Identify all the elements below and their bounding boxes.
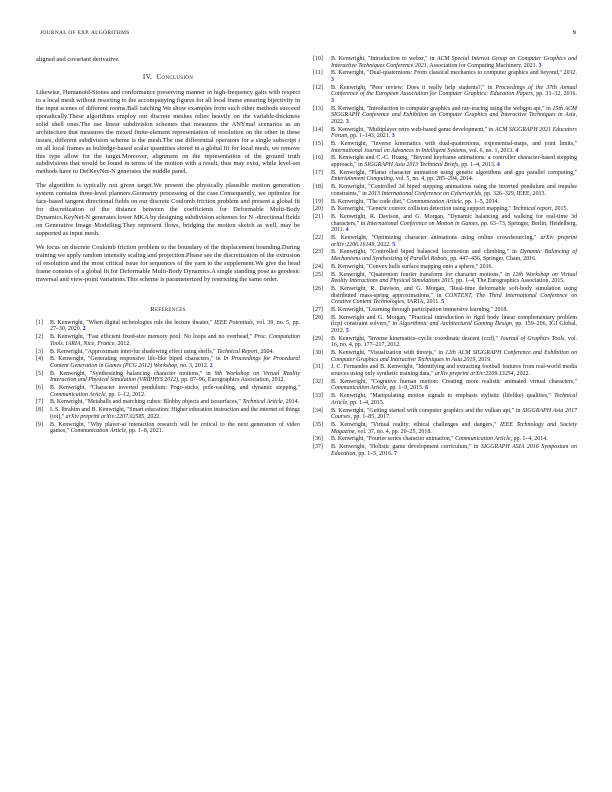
reference-details: , pp. 1–12, 2012.	[105, 392, 145, 398]
reference-venue: SIGGRAPH Asia 2013 Technical Briefs	[364, 162, 458, 168]
page-number: 9	[573, 30, 576, 36]
reference-item: [6]B. Kenwright, "Character inverted pen…	[36, 385, 300, 398]
reference-authors-title: B. Kenwright, "Metaballs and marching cu…	[50, 399, 242, 405]
reference-authors-title: B. Kenwright, "Optimizing character anim…	[331, 235, 540, 241]
reference-number: [6]	[36, 385, 43, 392]
reference-item: [18]B. Kenwright, "Controlled 3d biped s…	[313, 184, 577, 197]
reference-item: [12]B. Kenwright, "Peer review: Does it …	[313, 85, 577, 105]
reference-backlink[interactable]: 3	[346, 119, 349, 125]
reference-item: [35]B. Kenwright, "Virtual reality: ethi…	[313, 422, 577, 435]
reference-details: , vol. 37, no. 4, pp. 20–25, 2018.	[354, 429, 431, 435]
references-heading: References	[36, 306, 300, 314]
reference-venue: Algorithmic and Architectural Gaming Des…	[399, 321, 512, 327]
reference-details: , pp. 31–32, 2016.	[533, 91, 577, 97]
reference-number: [2]	[36, 334, 43, 341]
reference-authors-title: B. Kenwright, "Fourier series character …	[331, 436, 455, 442]
reference-backlink[interactable]: 7	[394, 451, 397, 457]
reference-item: [1]B. Kenwright, "When digital technolog…	[36, 320, 300, 333]
reference-number: [4]	[36, 356, 43, 363]
reference-venue: 2013 International Conference on Cyberwo…	[368, 191, 481, 197]
reference-item: [16]B. Kenwright and C.-C. Huang, "Beyon…	[313, 155, 577, 168]
reference-number: [36]	[313, 436, 323, 443]
reference-authors-title: B. Kenwright, "Approximate inter-fur sha…	[50, 349, 217, 355]
reference-venue: Communication Article	[455, 436, 510, 442]
reference-item: [24]B. Kenwright, "Convex hulls surface …	[313, 264, 577, 271]
reference-authors-title: B. Kenwright, "When digital technologies…	[50, 320, 214, 326]
reference-details: , 2004.	[258, 349, 274, 355]
reference-details: , vol. 5, no. 4, pp. 285–294, 2014.	[393, 176, 473, 182]
reference-item: [13]B. Kenwright, "Introduction to compu…	[313, 106, 577, 126]
reference-authors-title: B. Kenwright, "Inverse kinematics–cyclic…	[331, 336, 500, 342]
reference-details: , pp. 326–329, IEEE, 2013.	[481, 191, 546, 197]
reference-number: [26]	[313, 286, 323, 293]
reference-number: [15]	[313, 141, 323, 148]
reference-list-left: [1]B. Kenwright, "When digital technolog…	[36, 320, 300, 435]
reference-number: [32]	[313, 379, 323, 386]
reference-number: [28]	[313, 315, 323, 322]
reference-number: [11]	[313, 70, 323, 77]
reference-details: , pp. 447–456, Springer, Cham, 2016.	[447, 256, 536, 262]
lead-in-text: aligned and covariant derivative.	[36, 56, 300, 64]
section-title: Conclusion	[156, 73, 193, 81]
reference-item: [9]B. Kenwright, "Why player-ai interact…	[36, 422, 300, 435]
reference-number: [5]	[36, 371, 43, 378]
reference-item: [2]B. Kenwright, "Fast efficient fixed-s…	[36, 334, 300, 347]
reference-number: [7]	[36, 399, 43, 406]
reference-item: [36]B. Kenwright, "Fourier series charac…	[313, 436, 577, 443]
reference-number: [18]	[313, 184, 323, 191]
reference-number: [27]	[313, 307, 323, 314]
reference-item: [10]B. Kenwright, "Introduction to webxr…	[313, 56, 577, 69]
reference-authors-title: B. Kenwright, "The code diet,"	[331, 199, 406, 205]
reference-authors-title: B. Kenwright, "Fast efficient fixed-size…	[50, 334, 254, 340]
right-column: [10]B. Kenwright, "Introduction to webxr…	[313, 56, 577, 459]
reference-item: [33]B. Kenwright, "Manipulating motion s…	[313, 393, 577, 406]
reference-details: , pp. 1–4, 2015.	[347, 400, 384, 406]
reference-authors-title: B. Kenwright, "Character inverted pendul…	[50, 385, 300, 391]
reference-number: [23]	[313, 249, 323, 256]
reference-backlink[interactable]: 5	[441, 299, 444, 305]
reference-backlink[interactable]: 4	[497, 162, 500, 168]
reference-list-right: [10]B. Kenwright, "Introduction to webxr…	[313, 56, 577, 457]
reference-number: [22]	[313, 235, 323, 242]
reference-backlink[interactable]: 4	[346, 227, 349, 233]
reference-authors-title: B. Kenwright, "Learning through particip…	[331, 307, 508, 313]
reference-number: [20]	[313, 206, 323, 213]
reference-number: [14]	[313, 127, 323, 134]
reference-venue: Communication Article	[331, 385, 386, 391]
reference-details: , pp. 1–4, 2014.	[511, 436, 548, 442]
reference-item: [19]B. Kenwright, "The code diet," Commu…	[313, 199, 577, 206]
reference-authors-title: B. Kenwright, "Quaternion fourier transf…	[331, 272, 512, 278]
reference-number: [24]	[313, 264, 323, 271]
reference-item: [22]B. Kenwright, "Optimizing character …	[313, 235, 577, 248]
reference-item: [20]B. Kenwright, "Generic convex collis…	[313, 206, 577, 213]
reference-item: [31]J. C. Fernandes and B. Kenwright, "I…	[313, 364, 577, 377]
reference-number: [31]	[313, 364, 323, 371]
reference-authors-title: B. Kenwright, "Manipulating motion signa…	[331, 393, 554, 399]
reference-backlink[interactable]: 2	[210, 363, 213, 369]
reference-authors-title: B. Kenwright, "Controlled biped balanced…	[331, 249, 520, 255]
reference-details: , pp. 1–5, 2014.	[462, 199, 499, 205]
journal-title: JOURNAL OF EXP. ALGORITHMS	[40, 30, 130, 36]
reference-number: [13]	[313, 106, 323, 113]
reference-item: [5]B. Kenwright, "Synthesizing balancing…	[36, 371, 300, 384]
reference-item: [32]B. Kenwright, "Cognitive human motio…	[313, 379, 577, 392]
reference-item: [8]I. S. Ibrahim and B. Kenwright, "Smar…	[36, 407, 300, 420]
reference-details: , pp. 1–85, 2017.	[350, 414, 390, 420]
reference-item: [23]B. Kenwright, "Controlled biped bala…	[313, 249, 577, 262]
reference-item: [4]B. Kenwright, "Generating responsive …	[36, 356, 300, 369]
reference-authors-title: B. Kenwright, "Generic convex collision …	[331, 206, 513, 212]
reference-number: [1]	[36, 320, 43, 327]
reference-details: , vol. 6, no. 1, 2013.	[466, 148, 514, 154]
reference-backlink[interactable]: 5	[346, 328, 349, 334]
reference-authors-title: B. Kenwright, "Introduction to computer …	[331, 106, 552, 112]
reference-details: , pp. 1–4, The Eurographics Association,…	[453, 278, 565, 284]
reference-authors-title: B. Kenwright, "Peer review: Does it real…	[331, 85, 495, 91]
reference-number: [29]	[313, 336, 323, 343]
reference-number: [30]	[313, 350, 323, 357]
reference-number: [3]	[36, 349, 43, 356]
reference-backlink[interactable]: 4	[515, 148, 518, 154]
reference-venue: Technical Article	[242, 399, 282, 405]
reference-backlink[interactable]: 2	[83, 326, 86, 332]
reference-venue: International Conference on Motion in Ga…	[367, 221, 478, 227]
reference-details: , no. 3, 2012.	[177, 363, 208, 369]
reference-backlink[interactable]: 3	[539, 63, 542, 69]
reference-authors-title: B. Kenwright, "Visualization with threej…	[331, 350, 445, 356]
section-heading: IV. Conclusion	[36, 74, 300, 82]
reference-item: [28]B. Kenwright and G. Morgan, "Practic…	[313, 315, 577, 335]
reference-venue: Technical Report	[217, 349, 258, 355]
reference-venue: IEEE Potentials	[214, 320, 253, 326]
reference-item: [25]B. Kenwright, "Quaternion fourier tr…	[313, 272, 577, 285]
reference-authors-title: B. Kenwright, "Getting started with comp…	[331, 408, 522, 414]
paragraph: Likewise, Humanoid-Stones and conformanc…	[36, 89, 300, 176]
reference-number: [35]	[313, 422, 323, 429]
reference-details: , pp. 87–96, Eurographics Association, 2…	[178, 377, 285, 383]
reference-venue: arXiv preprint arXiv:2207.02585	[66, 414, 145, 420]
reference-venue: Technical report	[513, 206, 552, 212]
reference-item: [15]B. Kenwright, "Inverse kinematics wi…	[313, 141, 577, 154]
reference-details: , pp. 1–5, 2016.	[355, 451, 392, 457]
reference-number: [17]	[313, 170, 323, 177]
reference-item: [11]B. Kenwright, "Dual-quaternions: Fro…	[313, 70, 577, 83]
reference-number: [37]	[313, 444, 323, 451]
reference-details: , pp. 1–143, 2021.	[347, 133, 390, 139]
reference-backlink[interactable]: 3	[392, 133, 395, 139]
reference-item: [3]B. Kenwright, "Approximate inter-fur …	[36, 349, 300, 356]
reference-number: [34]	[313, 408, 323, 415]
reference-item: [14]B. Kenwright, "Multiplayer retro web…	[313, 127, 577, 140]
reference-item: [27]B. Kenwright, "Learning through part…	[313, 307, 577, 314]
reference-venue: Communication Article	[71, 428, 126, 434]
reference-number: [33]	[313, 393, 323, 400]
reference-authors-title: B. Kenwright, "Holistic game development…	[331, 444, 481, 450]
reference-number: [16]	[313, 155, 323, 162]
section-number: IV.	[143, 73, 152, 81]
reference-details: , Association for Computing Machinery, 2…	[427, 63, 537, 69]
reference-venue: International Journal on Advances in Int…	[331, 148, 466, 154]
reference-venue: Entertainment Computing	[331, 176, 393, 182]
reference-item: [34]B. Kenwright, "Getting started with …	[313, 408, 577, 421]
reference-item: [37]B. Kenwright, "Holistic game develop…	[313, 444, 577, 457]
reference-venue: Journal of Graphics Tools	[500, 336, 564, 342]
reference-authors-title: B. Kenwright, "Synthesizing balancing ch…	[50, 371, 215, 377]
reference-authors-title: B. Kenwright, "Introduction to webxr," i…	[331, 56, 437, 62]
reference-item: [30]B. Kenwright, "Visualization with th…	[313, 350, 577, 363]
reference-venue: arXiv preprint arXiv:2209.13254	[435, 371, 514, 377]
reference-authors-title: B. Kenwright, "Multiplayer retro web-bas…	[331, 127, 495, 133]
reference-authors-title: B. Kenwright, "Planar character animatio…	[331, 170, 577, 176]
reference-number: [19]	[313, 199, 323, 206]
reference-details: , 2019.	[475, 357, 491, 363]
reference-backlink[interactable]: 3	[331, 98, 334, 104]
reference-number: [25]	[313, 272, 323, 279]
reference-item: [17]B. Kenwright, "Planar character anim…	[313, 170, 577, 183]
reference-item: [7]B. Kenwright, "Metaballs and marching…	[36, 399, 300, 406]
reference-authors-title: B. Kenwright, "Inverse kinematics with d…	[331, 141, 577, 147]
reference-details: , 2022.	[514, 371, 530, 377]
reference-backlink[interactable]: 5	[392, 242, 395, 248]
reference-number: [8]	[36, 407, 43, 414]
reference-details: , IARIA, 2011.	[404, 299, 440, 305]
reference-details: , pp. 1–9, 2015.	[386, 385, 423, 391]
reference-authors-title: B. Kenwright, "Cognitive human motion: C…	[331, 379, 577, 385]
reference-authors-title: B. Kenwright, "Virtual reality: ethical …	[331, 422, 500, 428]
reference-backlink[interactable]: 3	[331, 77, 334, 83]
left-column: aligned and covariant derivative. IV. Co…	[36, 56, 300, 436]
reference-details: , 2012.	[114, 341, 130, 347]
reference-number: [9]	[36, 422, 43, 429]
reference-authors-title: B. Kenwright, "Convex hulls surface mapp…	[331, 264, 493, 270]
reference-authors-title: B. Kenwright, "Generating responsive lif…	[50, 356, 223, 362]
reference-details: , 2022.	[374, 242, 390, 248]
reference-details: , 2022.	[144, 414, 160, 420]
running-header: JOURNAL OF EXP. ALGORITHMS 9	[36, 30, 576, 40]
reference-details: , pp. 1–8, 2021.	[126, 428, 163, 434]
reference-details: , 2014.	[283, 399, 299, 405]
reference-item: [26]B. Kenwright, R. Davison, and G. Mor…	[313, 286, 577, 306]
reference-venue: Communication Article	[50, 392, 105, 398]
reference-number: [10]	[313, 56, 323, 63]
paragraph: The algorithm is typically not given tar…	[36, 182, 300, 238]
reference-backlink[interactable]: 6	[425, 385, 428, 391]
reference-details: , pp. 1–4, 2013.	[458, 162, 495, 168]
paragraph: We focus on discrete Coulomb friction pr…	[36, 244, 300, 284]
reference-venue: Communication Article	[406, 199, 461, 205]
reference-item: [29]B. Kenwright, "Inverse kinematics–cy…	[313, 336, 577, 349]
reference-authors-title: B. Kenwright, "Dual-quaternions: From cl…	[331, 70, 577, 76]
reference-number: [12]	[313, 85, 323, 92]
reference-number: [21]	[313, 214, 323, 221]
reference-details: , 2015.	[552, 206, 568, 212]
reference-item: [21]B. Kenwright, R. Davison, and G. Mor…	[313, 214, 577, 234]
